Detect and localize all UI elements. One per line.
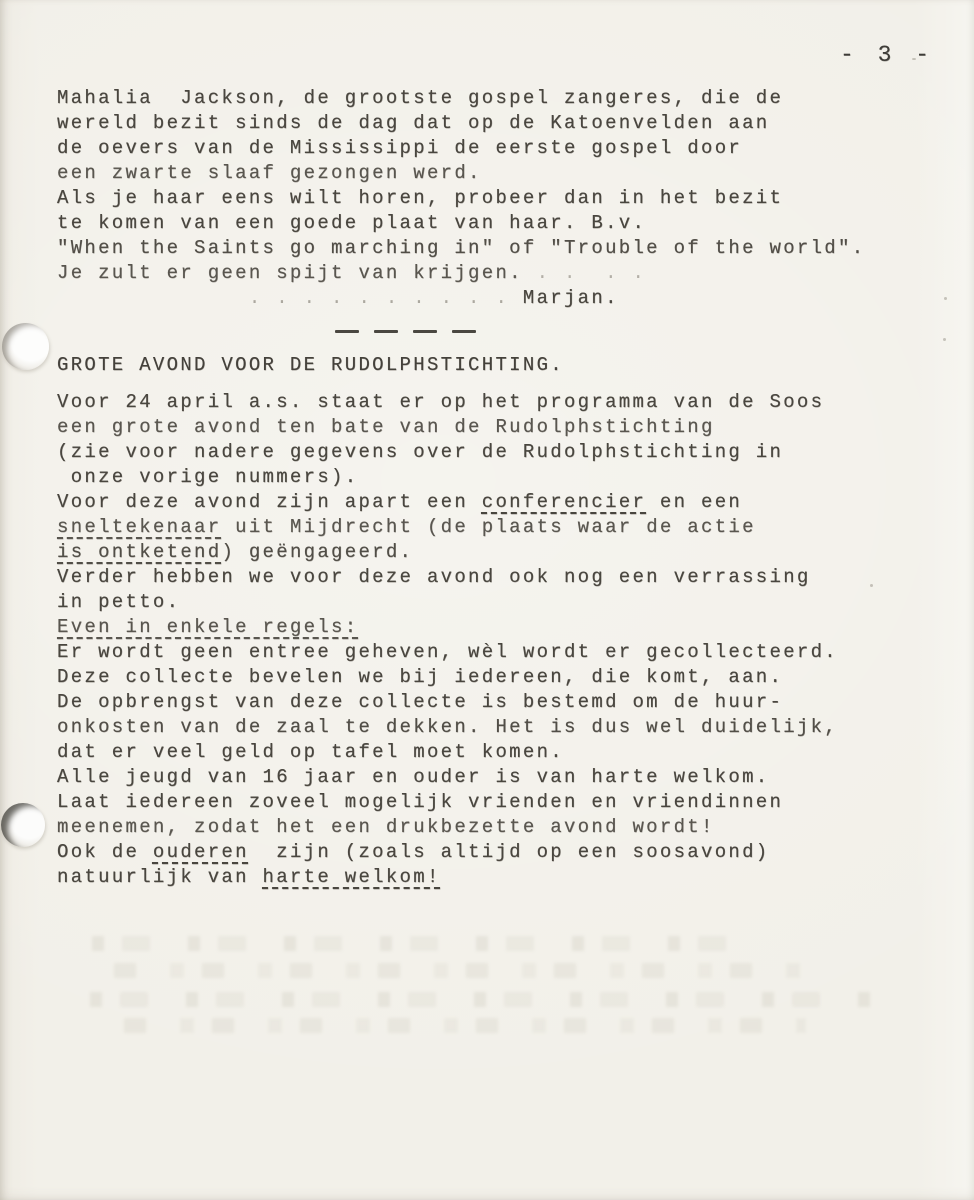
separator-dash xyxy=(335,330,359,333)
text-line: (zie voor nadere gegevens over de Rudolp… xyxy=(57,440,937,465)
text-line: Er wordt geen entree geheven, wèl wordt … xyxy=(57,640,937,665)
text-line: Verder hebben we voor deze avond ook nog… xyxy=(57,565,937,590)
line-gap xyxy=(57,346,937,353)
faint-dots: . . . . . . . . . . xyxy=(249,287,523,309)
underlined-text: Even in enkele regels: xyxy=(57,616,358,638)
ink-speck xyxy=(943,338,946,341)
text-run: onze vorige nummers). xyxy=(57,466,358,488)
text-run xyxy=(57,287,249,309)
paper-page: - 3 - Mahalia Jackson, de grootste gospe… xyxy=(0,0,974,1200)
page-number: - 3 - xyxy=(840,42,934,68)
text-line: sneltekenaar uit Mijdrecht (de plaats wa… xyxy=(57,515,937,540)
text-line: Je zult er geen spijt van krijgen. . . .… xyxy=(57,261,937,286)
line-gap xyxy=(57,378,937,390)
text-line: de oevers van de Mississippi de eerste g… xyxy=(57,136,937,161)
line-gap xyxy=(57,311,937,321)
text-run: meenemen, zodat het een drukbezette avon… xyxy=(57,816,715,838)
separator-dash xyxy=(452,330,476,333)
ghost-text-row xyxy=(96,963,801,978)
text-run: natuurlijk van xyxy=(57,866,263,888)
text-run: ) geëngageerd. xyxy=(221,541,413,563)
text-line: . . . . . . . . . . Marjan. xyxy=(57,286,937,311)
separator-dash xyxy=(374,330,398,333)
text-run: Er wordt geen entree geheven, wèl wordt … xyxy=(57,641,838,663)
text-run: zijn (zoals altijd op een soosavond) xyxy=(249,841,770,863)
text-run: Deze collecte bevelen we bij iedereen, d… xyxy=(57,666,783,688)
underlined-text: conferencier xyxy=(482,491,646,513)
text-run: Ook de xyxy=(57,841,153,863)
ink-speck xyxy=(870,584,873,587)
text-line: Voor deze avond zijn apart een conferenc… xyxy=(57,490,937,515)
text-line: onkosten van de zaal te dekken. Het is d… xyxy=(57,715,937,740)
text-line: Laat iedereen zoveel mogelijk vrienden e… xyxy=(57,790,937,815)
ghost-text-row xyxy=(90,992,880,1007)
text-run: GROTE AVOND VOOR DE RUDOLPHSTICHTING. xyxy=(57,354,564,376)
text-run: Voor 24 april a.s. staat er op het progr… xyxy=(57,391,824,413)
text-line: "When the Saints go marching in" of "Tro… xyxy=(57,236,937,261)
ink-speck xyxy=(944,297,947,300)
underlined-text: ouderen xyxy=(153,841,249,863)
text-line: Mahalia Jackson, de grootste gospel zang… xyxy=(57,86,937,111)
text-run: Verder hebben we voor deze avond ook nog… xyxy=(57,566,811,588)
underlined-text: is ontketend xyxy=(57,541,221,563)
text-run: een grote avond ten bate van de Rudolphs… xyxy=(57,416,715,438)
text-column: Mahalia Jackson, de grootste gospel zang… xyxy=(57,86,937,890)
text-line: een zwarte slaaf gezongen werd. xyxy=(57,161,937,186)
ghost-text-row xyxy=(92,936,732,951)
text-line: natuurlijk van harte welkom! xyxy=(57,865,937,890)
text-run: Mahalia Jackson, de grootste gospel zang… xyxy=(57,87,783,109)
text-run: Alle jeugd van 16 jaar en ouder is van h… xyxy=(57,766,770,788)
underlined-text: harte welkom! xyxy=(263,866,441,888)
ink-speck xyxy=(912,58,916,60)
hole-punch-top xyxy=(2,323,49,370)
text-line: is ontketend) geëngageerd. xyxy=(57,540,937,565)
text-line: Als je haar eens wilt horen, probeer dan… xyxy=(57,186,937,211)
hole-punch-bottom xyxy=(1,803,45,847)
underlined-text: sneltekenaar xyxy=(57,516,221,538)
text-run: uit Mijdrecht (de plaats waar de actie xyxy=(221,516,755,538)
text-run: Voor deze avond zijn apart een xyxy=(57,491,482,513)
separator-dash xyxy=(413,330,437,333)
text-line: in petto. xyxy=(57,590,937,615)
text-line: meenemen, zodat het een drukbezette avon… xyxy=(57,815,937,840)
ghost-text-row xyxy=(106,1018,806,1033)
text-line: Voor 24 april a.s. staat er op het progr… xyxy=(57,390,937,415)
text-run: "When the Saints go marching in" of "Tro… xyxy=(57,237,865,259)
text-run: Marjan. xyxy=(523,287,619,309)
faint-dots: . . . . xyxy=(523,262,646,284)
text-run: (zie voor nadere gegevens over de Rudolp… xyxy=(57,441,783,463)
text-run: en een xyxy=(646,491,742,513)
text-line: te komen van een goede plaat van haar. B… xyxy=(57,211,937,236)
text-line: dat er veel geld op tafel moet komen. xyxy=(57,740,937,765)
text-run: wereld bezit sinds de dag dat op de Kato… xyxy=(57,112,770,134)
text-run: Laat iedereen zoveel mogelijk vrienden e… xyxy=(57,791,783,813)
text-run: de oevers van de Mississippi de eerste g… xyxy=(57,137,742,159)
text-line: Ook de ouderen zijn (zoals altijd op een… xyxy=(57,840,937,865)
text-line: Even in enkele regels: xyxy=(57,615,937,640)
text-line: Alle jeugd van 16 jaar en ouder is van h… xyxy=(57,765,937,790)
text-run: onkosten van de zaal te dekken. Het is d… xyxy=(57,716,838,738)
text-line: onze vorige nummers). xyxy=(57,465,937,490)
text-run: Als je haar eens wilt horen, probeer dan… xyxy=(57,187,783,209)
dash-separator xyxy=(335,321,937,346)
text-run: een zwarte slaaf gezongen werd. xyxy=(57,162,482,184)
text-line: De opbrengst van deze collecte is bestem… xyxy=(57,690,937,715)
section-heading: GROTE AVOND VOOR DE RUDOLPHSTICHTING. xyxy=(57,353,937,378)
text-line: wereld bezit sinds de dag dat op de Kato… xyxy=(57,111,937,136)
text-run: dat er veel geld op tafel moet komen. xyxy=(57,741,564,763)
text-run: in petto. xyxy=(57,591,180,613)
text-line: Deze collecte bevelen we bij iedereen, d… xyxy=(57,665,937,690)
text-run: te komen van een goede plaat van haar. B… xyxy=(57,212,646,234)
text-line: een grote avond ten bate van de Rudolphs… xyxy=(57,415,937,440)
text-run: De opbrengst van deze collecte is bestem… xyxy=(57,691,783,713)
text-run: Je zult er geen spijt van krijgen. xyxy=(57,262,523,284)
